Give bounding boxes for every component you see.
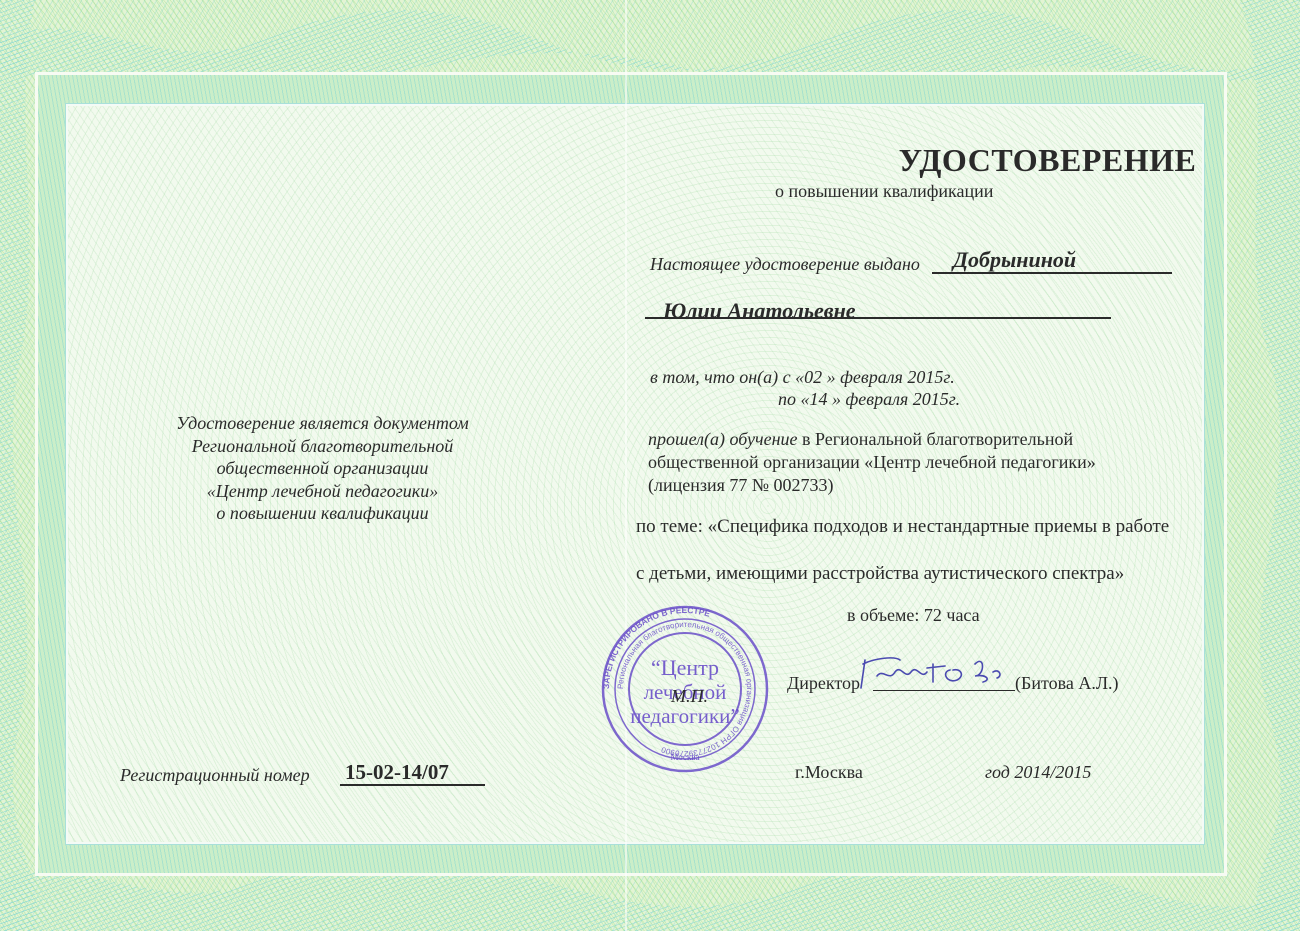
- director-label: Директор: [787, 673, 860, 694]
- training-label: прошел(а) обучение: [648, 429, 798, 449]
- recipient-name: Юлии Анатольевне: [663, 298, 856, 324]
- page-fold: [625, 0, 627, 931]
- course-volume: в объеме: 72 часа: [847, 605, 980, 626]
- stamp-center-3: педагогики”: [630, 704, 740, 728]
- academic-year: год 2014/2015: [985, 762, 1091, 783]
- issue-city: г.Москва: [795, 762, 863, 783]
- stamp-city: Москва: [671, 752, 700, 762]
- director-signature: [855, 650, 1025, 695]
- registration-label: Регистрационный номер: [120, 765, 310, 786]
- document-subtitle: о повышении квалификации: [775, 181, 993, 202]
- license-line: (лицензия 77 № 002733): [648, 475, 834, 496]
- period-from: в том, что он(а) с «02 » февраля 2015г.: [650, 367, 955, 388]
- period-to: по «14 » февраля 2015г.: [778, 389, 960, 410]
- training-org: в Региональной благотворительной: [798, 429, 1074, 449]
- director-name: (Битова А.Л.): [1015, 673, 1119, 694]
- statement-line: Удостоверение является документом: [150, 412, 495, 435]
- left-statement: Удостоверение является документом Регион…: [150, 412, 495, 525]
- statement-line: о повышении квалификации: [150, 502, 495, 525]
- topic-line-1: по теме: «Специфика подходов и нестандар…: [636, 516, 1169, 538]
- training-line-1: прошел(а) обучение в Региональной благот…: [648, 429, 1073, 450]
- document-title: УДОСТОВЕРЕНИЕ: [400, 142, 1200, 179]
- statement-line: «Центр лечебной педагогики»: [150, 480, 495, 503]
- seal-label: М.П.: [671, 686, 708, 707]
- training-line-2: общественной организации «Центр лечебной…: [648, 452, 1096, 473]
- topic-line-2: с детьми, имеющими расстройства аутистич…: [636, 563, 1124, 585]
- stamp-center-1: “Центр: [651, 655, 719, 680]
- statement-line: Региональной благотворительной: [150, 435, 495, 458]
- registration-underline: [340, 784, 485, 786]
- registration-number: 15-02-14/07: [345, 760, 449, 785]
- statement-line: общественной организации: [150, 457, 495, 480]
- issued-label: Настоящее удостоверение выдано: [650, 254, 920, 275]
- certificate-sheet: Удостоверение является документом Регион…: [0, 0, 1300, 931]
- recipient-surname: Добрыниной: [953, 247, 1076, 273]
